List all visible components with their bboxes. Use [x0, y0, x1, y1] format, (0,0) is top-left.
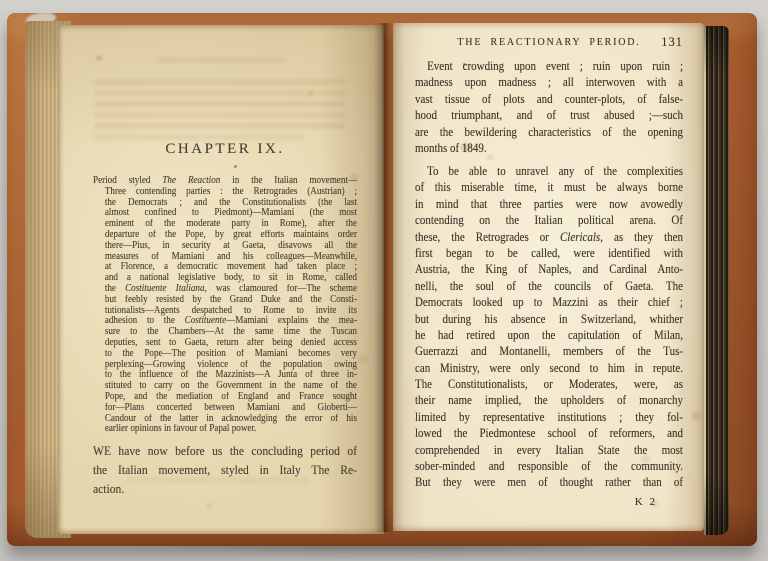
summary-line: deputies, sent to Gaeta, return after be…	[93, 338, 357, 349]
body-line: action.	[93, 479, 357, 498]
body-line: in mind that three parties were now avow…	[415, 196, 683, 212]
summary-line: there—Pius, in security at Gaeta, disavo…	[93, 241, 357, 252]
summary-line: measures of Mamiani and his colleagues—M…	[93, 252, 357, 263]
summary-line: but feebly resisted by the Grand Duke an…	[93, 295, 357, 306]
body-line: To be able to unravel any of the complex…	[415, 163, 683, 179]
body-line: sober-minded and responsible of the comm…	[415, 458, 683, 474]
summary-line: departure of the Pope, by great efforts …	[93, 230, 357, 241]
bleed-through-text	[94, 134, 304, 140]
body-line: the Italian movement, styled in Italy Th…	[93, 460, 357, 479]
body-line: WE have now before us the concluding per…	[93, 441, 357, 460]
body-line: first began to be called, were identifie…	[415, 245, 683, 261]
page-edges-right	[704, 26, 729, 535]
body-paragraph-1: Event crowding upon event ; ruin upon ru…	[415, 58, 683, 156]
body-line: Event crowding upon event ; ruin upon ru…	[415, 58, 683, 74]
body-line: comprehended in every Italian State the …	[415, 442, 683, 458]
summary-line: to the Pope—The position of Mamiani beco…	[93, 349, 357, 360]
left-page: CHAPTER IX. Period styled The Reaction i…	[58, 25, 384, 534]
right-page: THE REACTIONARY PERIOD. 131 Event crowdi…	[393, 23, 704, 531]
bleed-through-text	[94, 123, 346, 129]
summary-line: the Democrats ; and the Constitutionalis…	[93, 198, 357, 209]
body-line: The Constitutionalists, or Moderates, we…	[415, 376, 683, 392]
body-line: months of 1849.	[415, 140, 683, 156]
body-line: lowed the Piedmontese school of reformer…	[415, 425, 683, 441]
opening-paragraph: WE have now before us the concluding per…	[93, 441, 357, 498]
stain	[234, 165, 237, 168]
page-header: THE REACTIONARY PERIOD. 131	[415, 35, 683, 51]
body-line: vast tissue of plots and counter-plots, …	[415, 91, 683, 107]
summary-line: at Florence, a democratic movement had t…	[93, 262, 357, 273]
body-line: are the bewildering characteristics of t…	[415, 124, 683, 140]
body-line: But they were men of thought rather than…	[415, 474, 683, 490]
body-line: of this miserable time, it must be alway…	[415, 179, 683, 195]
body-line: contending on the Italian political aren…	[415, 212, 683, 228]
body-line: Guerrazzi and Montanelli, members of the…	[415, 343, 683, 359]
bleed-through-text	[94, 112, 346, 118]
bleed-through-text	[94, 79, 346, 85]
stain	[308, 91, 313, 96]
chapter-summary: Period styled The Reaction in the Italia…	[93, 176, 357, 435]
summary-line: perplexing—Growing violence of the popul…	[93, 360, 357, 371]
body-paragraph-2: To be able to unravel any of the complex…	[415, 163, 683, 491]
summary-line: adhesion to the Costituente—Mamiani expl…	[93, 316, 357, 327]
book-photo: CHAPTER IX. Period styled The Reaction i…	[0, 0, 768, 561]
body-line: these, the Retrogrades or Clericals, as …	[415, 229, 683, 245]
summary-line: earlier opinions in favour of Papal powe…	[93, 424, 357, 435]
chapter-heading: CHAPTER IX.	[93, 141, 357, 158]
summary-line: Candour of the latter in acknowledging t…	[93, 414, 357, 425]
summary-line: sure to the Chambers—At the same time th…	[93, 327, 357, 338]
body-line: limited by representative institutions ;…	[415, 409, 683, 425]
summary-line: the Costituente Italiana, was clamoured …	[93, 284, 357, 295]
body-line: he had retired upon the capitulation of …	[415, 327, 683, 343]
body-line: hood triumphant, and of trust abused ;—s…	[415, 107, 683, 123]
summary-line: to the influence of the Mazzinists—A Jun…	[93, 370, 357, 381]
body-line: their name implied, the upholders of mon…	[415, 392, 683, 408]
summary-line: tutionalists—Agents despatched to Rome t…	[93, 306, 357, 317]
body-line: but during his absence in Switzerland, w…	[415, 311, 683, 327]
stain	[206, 503, 213, 509]
summary-line: eminent of the moderate party in Rome), …	[93, 219, 357, 230]
body-line: madness upon madness ; all interwoven wi…	[415, 74, 683, 90]
summary-line: Pope, and the mediation of England and F…	[93, 392, 357, 403]
running-head: THE REACTIONARY PERIOD.	[457, 37, 640, 48]
page-number: 131	[661, 35, 683, 50]
bleed-through-text	[156, 57, 286, 63]
summary-line: almost confined to Piedmont)—Mamiani (th…	[93, 208, 357, 219]
summary-line: stituted to carry on the Government in t…	[93, 381, 357, 392]
signature-mark: K 2	[415, 496, 683, 508]
bleed-through-text	[94, 101, 346, 107]
stain	[691, 411, 702, 421]
summary-line: Period styled The Reaction in the Italia…	[93, 176, 357, 187]
summary-line: for—Plans concerted between Mamiani and …	[93, 403, 357, 414]
stain	[96, 55, 102, 61]
summary-line: and a national legislative body, to sit …	[93, 273, 357, 284]
body-line: nelli, the soul of the councils of Gaeta…	[415, 278, 683, 294]
body-line: can Ministry, were only second to him in…	[415, 360, 683, 376]
body-line: Democrats looked up to Mazzini as their …	[415, 294, 683, 310]
stain	[358, 355, 368, 364]
body-line: Austria, the King of Naples, and Cardina…	[415, 261, 683, 277]
summary-line: Three contending parties : the Retrograd…	[93, 187, 357, 198]
